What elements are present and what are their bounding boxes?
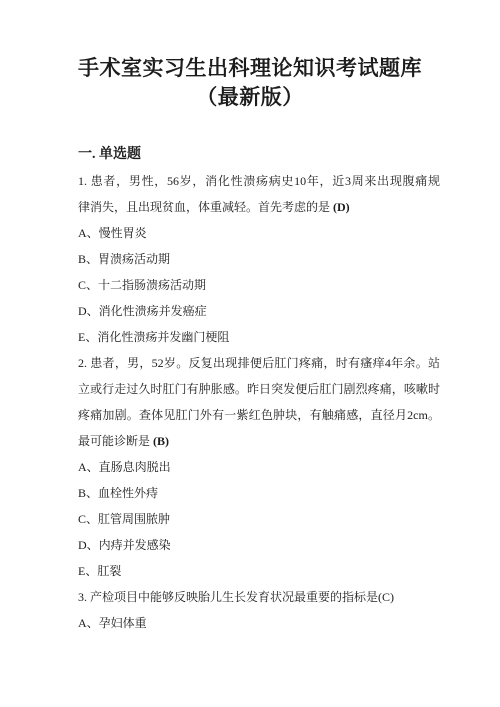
question-2-option-b: B、血栓性外痔 [78, 480, 440, 506]
question-1-text-line-1: 1. 患者，男性，56岁，消化性溃疡病史10年，近3周来出现腹痛规 [78, 168, 440, 194]
question-1-option-b: B、胃溃疡活动期 [78, 246, 440, 272]
question-1: 1. 患者，男性，56岁，消化性溃疡病史10年，近3周来出现腹痛规 律消失，且出… [78, 168, 440, 350]
document-title: 手术室实习生出科理论知识考试题库 （最新版） [0, 54, 500, 112]
title-line-1: 手术室实习生出科理论知识考试题库 [0, 54, 500, 83]
question-2-text-line-2: 立或行走过久时肛门有肿胀感。昨日突发便后肛门剧烈疼痛，咳嗽时 [78, 376, 440, 402]
question-2-option-a: A、直肠息肉脱出 [78, 454, 440, 480]
question-2-answer-line: 最可能诊断是 (B) [78, 428, 440, 454]
question-1-text-line-2: 律消失，且出现贫血，体重减轻。首先考虑的是 [78, 200, 333, 214]
question-2-text-line-4: 最可能诊断是 [78, 434, 153, 448]
question-1-option-c: C、十二指肠溃疡活动期 [78, 272, 440, 298]
question-1-answer-key: (D) [333, 200, 350, 214]
question-1-answer-line: 律消失，且出现贫血，体重减轻。首先考虑的是 (D) [78, 194, 440, 220]
question-2-answer-key: (B) [153, 434, 169, 448]
question-2: 2. 患者，男，52岁。反复出现排便后肛门疼痛，时有瘙痒4年余。站 立或行走过久… [78, 350, 440, 584]
title-line-2: （最新版） [0, 83, 500, 112]
question-1-option-e: E、消化性溃疡并发幽门梗阻 [78, 324, 440, 350]
question-1-option-a: A、慢性胃炎 [78, 220, 440, 246]
document-page: 手术室实习生出科理论知识考试题库 （最新版） 一. 单选题 1. 患者，男性，5… [0, 0, 500, 707]
question-1-option-d: D、消化性溃疡并发癌症 [78, 298, 440, 324]
question-2-option-c: C、肛管周围脓肿 [78, 506, 440, 532]
question-2-text-line-3: 疼痛加剧。查体见肛门外有一紫红色肿块，有触痛感，直径月2cm。 [78, 402, 440, 428]
question-3: 3. 产检项目中能够反映胎儿生长发育状况最重要的指标是(C) A、孕妇体重 [78, 584, 440, 636]
question-2-text-line-1: 2. 患者，男，52岁。反复出现排便后肛门疼痛，时有瘙痒4年余。站 [78, 350, 440, 376]
question-3-text-line-1: 3. 产检项目中能够反映胎儿生长发育状况最重要的指标是(C) [78, 584, 440, 610]
question-3-option-a: A、孕妇体重 [78, 610, 440, 636]
question-2-option-e: E、肛裂 [78, 558, 440, 584]
document-content: 一. 单选题 1. 患者，男性，56岁，消化性溃疡病史10年，近3周来出现腹痛规… [78, 142, 440, 636]
section-heading: 一. 单选题 [78, 142, 440, 168]
question-2-option-d: D、内痔并发感染 [78, 532, 440, 558]
